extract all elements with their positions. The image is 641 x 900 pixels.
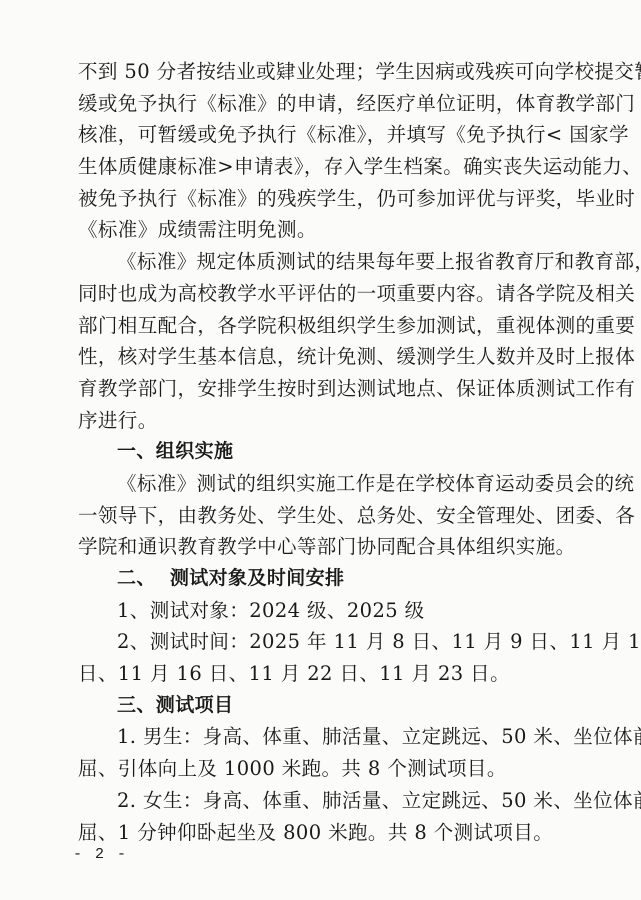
text-line: 部门相互配合，各学院积极组织学生参加测试，重视体测的重要 — [78, 310, 568, 342]
text-line: 育教学部门，安排学生按时到达测试地点、保证体质测试工作有 — [78, 373, 568, 405]
text-line: 学院和通识教育教学中心等部门协同配合具体组织实施。 — [78, 531, 568, 563]
text-line: 同时也成为高校教学水平评估的一项重要内容。请各学院及相关 — [78, 278, 568, 310]
test-targets: 1、测试对象：2024 级、2025 级 — [78, 595, 568, 627]
female-test-items: 2. 女生：身高、体重、肺活量、立定跳远、50 米、坐位体前 — [78, 785, 568, 817]
test-dates-continued: 日、11 月 16 日、11 月 22 日、11 月 23 日。 — [78, 658, 568, 690]
section-heading: 一、组织实施 — [78, 436, 568, 468]
text-line: 《标准》成绩需注明免测。 — [78, 214, 568, 246]
text-line: 序进行。 — [78, 405, 568, 437]
text-line: 缓或免予执行《标准》的申请，经医疗单位证明，体育教学部门 — [78, 88, 568, 120]
text-line: 一领导下，由教务处、学生处、总务处、安全管理处、团委、各 — [78, 500, 568, 532]
female-test-items-continued: 屈、1 分钟仰卧起坐及 800 米跑。共 8 个测试项目。 — [78, 817, 568, 849]
section-heading: 三、测试项目 — [78, 690, 568, 722]
text-line: 《标准》测试的组织实施工作是在学校体育运动委员会的统 — [78, 468, 568, 500]
paragraph-reporting: 《标准》规定体质测试的结果每年要上报省教育厅和教育部， 同时也成为高校教学水平评… — [78, 246, 568, 436]
section-heading: 二、 测试对象及时间安排 — [78, 563, 568, 595]
text-line: 性，核对学生基本信息，统计免测、缓测学生人数并及时上报体 — [78, 341, 568, 373]
document-page: 不到 50 分者按结业或肄业处理；学生因病或残疾可向学校提交暂 缓或免予执行《标… — [78, 56, 568, 848]
text-line: 《标准》规定体质测试的结果每年要上报省教育厅和教育部， — [78, 246, 568, 278]
text-line: 不到 50 分者按结业或肄业处理；学生因病或残疾可向学校提交暂 — [78, 56, 568, 88]
text-line: 生体质健康标准>申请表》，存入学生档案。确实丧失运动能力、 — [78, 151, 568, 183]
page-number: - 2 - — [73, 846, 128, 863]
male-test-items-continued: 屈、引体向上及 1000 米跑。共 8 个测试项目。 — [78, 753, 568, 785]
text-line: 核准，可暂缓或免予执行《标准》，并填写《免予执行< 国家学 — [78, 119, 568, 151]
section-organization: 一、组织实施 《标准》测试的组织实施工作是在学校体育运动委员会的统 一领导下，由… — [78, 436, 568, 563]
paragraph-exemption-policy: 不到 50 分者按结业或肄业处理；学生因病或残疾可向学校提交暂 缓或免予执行《标… — [78, 56, 568, 246]
male-test-items: 1. 男生：身高、体重、肺活量、立定跳远、50 米、坐位体前 — [78, 721, 568, 753]
section-targets-schedule: 二、 测试对象及时间安排 1、测试对象：2024 级、2025 级 2、测试时间… — [78, 563, 568, 690]
text-line: 被免予执行《标准》的残疾学生，仍可参加评优与评奖，毕业时 — [78, 183, 568, 215]
section-test-items: 三、测试项目 1. 男生：身高、体重、肺活量、立定跳远、50 米、坐位体前 屈、… — [78, 690, 568, 848]
test-dates: 2、测试时间：2025 年 11 月 8 日、11 月 9 日、11 月 15 — [78, 626, 568, 658]
